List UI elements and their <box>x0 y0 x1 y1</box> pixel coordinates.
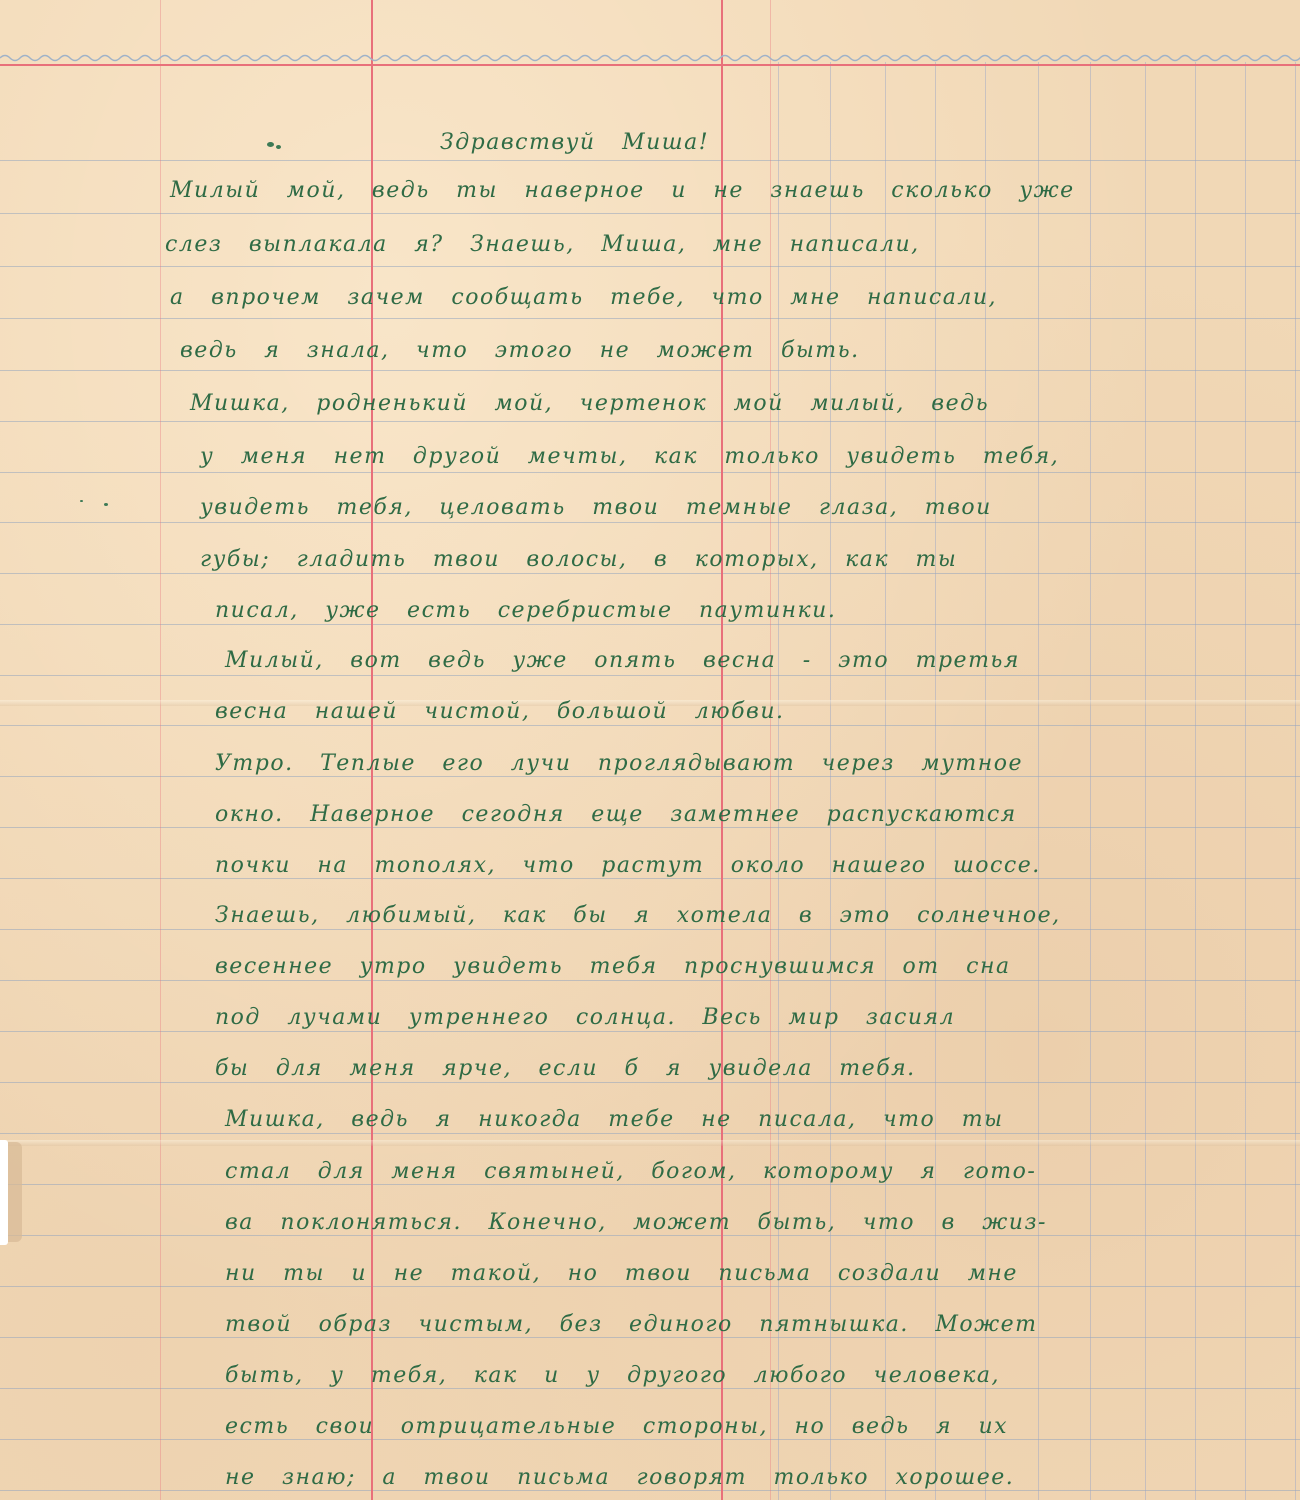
ink-blot <box>80 500 83 502</box>
ruled-line <box>0 266 1300 267</box>
ruled-line <box>0 213 1300 214</box>
letter-line: есть свои отрицательные стороны, но ведь… <box>225 1412 1008 1442</box>
header-margin-line <box>0 64 1300 66</box>
grid-line <box>1038 62 1039 1500</box>
ruled-line <box>0 318 1300 319</box>
ruled-line <box>0 370 1300 371</box>
ink-blot <box>104 503 108 506</box>
letter-line: стал для меня святыней, богом, которому … <box>225 1157 1036 1187</box>
grid-line <box>1295 62 1296 1500</box>
letter-line: увидеть тебя, целовать твои темные глаза… <box>200 493 992 523</box>
letter-line: а впрочем зачем сообщать тебе, что мне н… <box>170 283 997 313</box>
letter-line: ва поклоняться. Конечно, может быть, что… <box>225 1208 1047 1238</box>
torn-edge <box>0 1140 8 1245</box>
letter-line: Милый, вот ведь уже опять весна - это тр… <box>225 646 1020 676</box>
letter-line: Мишка, ведь я никогда тебе не писала, чт… <box>225 1105 1004 1135</box>
letter-line: весна нашей чистой, большой любви. <box>215 697 785 727</box>
grid-line <box>1245 62 1246 1500</box>
letter-line: твой образ чистым, без единого пятнышка.… <box>225 1310 1038 1340</box>
letter-line: Знаешь, любимый, как бы я хотела в это с… <box>215 901 1061 931</box>
ruled-line <box>0 421 1300 422</box>
letter-line: Утро. Теплые его лучи проглядывают через… <box>215 749 1023 779</box>
faint-margin-line <box>160 0 161 1500</box>
ink-blot <box>267 142 274 147</box>
letter-line: Милый мой, ведь ты наверное и не знаешь … <box>170 176 1075 206</box>
letter-line: писал, уже есть серебристые паутинки. <box>215 596 836 626</box>
letter-line: ни ты и не такой, но твои письма создали… <box>225 1259 1018 1289</box>
letter-line: у меня нет другой мечты, как только увид… <box>200 442 1059 472</box>
torn-edge-shadow <box>8 1142 22 1242</box>
letter-line: весеннее утро увидеть тебя проснувшимся … <box>215 952 1011 982</box>
letter-line: быть, у тебя, как и у другого любого чел… <box>225 1361 1000 1391</box>
letter-line: бы для меня ярче, если б я увидела тебя. <box>215 1054 916 1084</box>
ink-blot <box>276 145 281 149</box>
letter-line: ведь я знала, что этого не может быть. <box>180 336 860 366</box>
ruled-line <box>0 472 1300 473</box>
wavy-header-line <box>0 52 1300 64</box>
ruled-line <box>0 160 1300 161</box>
grid-line <box>1145 62 1146 1500</box>
letter-line: не знаю; а твои письма говорят только хо… <box>225 1463 1014 1493</box>
letter-line: губы; гладить твои волосы, в которых, ка… <box>200 545 957 575</box>
letter-line: под лучами утреннего солнца. Весь мир за… <box>215 1003 955 1033</box>
grid-line <box>1090 62 1091 1500</box>
letter-line: слез выплакала я? Знаешь, Миша, мне напи… <box>165 230 920 260</box>
letter-greeting: Здравствуй Миша! <box>440 128 709 158</box>
letter-line: окно. Наверное сегодня еще заметнее расп… <box>215 800 1017 830</box>
letter-line: почки на тополях, что растут около нашег… <box>215 851 1041 881</box>
letter-page: Здравствуй Миша! Милый мой, ведь ты наве… <box>0 0 1300 1500</box>
letter-line: Мишка, родненький мой, чертенок мой милы… <box>190 389 989 419</box>
grid-line <box>1195 62 1196 1500</box>
fold-crease <box>0 1140 1300 1146</box>
